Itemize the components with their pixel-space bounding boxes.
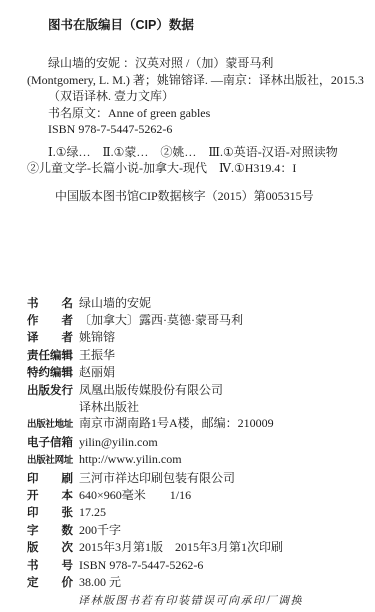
row-label: 书号: [27, 558, 73, 574]
colophon-row-address: 出版社地址 南京市湖南路1号A楼，邮编：210009: [27, 415, 365, 433]
row-label: 开本: [27, 488, 73, 504]
row-label: 责任编辑: [27, 348, 73, 364]
colophon-row-sheets: 印张 17.25: [27, 504, 365, 521]
row-label: 印刷: [27, 471, 73, 487]
row-value: 2015年3月第1版 2015年3月第1次印刷: [79, 539, 283, 555]
row-value: 绿山墙的安妮: [79, 295, 151, 311]
cip-book-description: 绿山墙的安妮 ：汉英对照 /（加）蒙哥马利 (Montgomery, L. M.…: [27, 55, 365, 138]
cip-isbn-line: ISBN 978-7-5447-5262-6: [27, 121, 365, 138]
row-label: 版次: [27, 540, 73, 556]
colophon-row-translator: 译者 姚锦镕: [27, 329, 365, 346]
cip-classification-line: Ⅰ.①绿… Ⅱ.①蒙… ②姚… Ⅲ.①英语-汉语-对照读物: [27, 144, 365, 161]
row-value: 〔加拿大〕露西·莫德·蒙哥马利: [79, 312, 243, 328]
row-label: 出版社地址: [27, 417, 73, 433]
colophon-row-editor: 责任编辑 王振华: [27, 347, 365, 364]
colophon-row-title: 书名 绿山墙的安妮: [27, 295, 365, 312]
cip-record-number: 中国版本图书馆CIP数据核字（2015）第005315号: [27, 188, 365, 204]
cip-original-title-line: 书名原文：Anne of green gables: [27, 105, 365, 122]
colophon-row-wordcount: 字数 200千字: [27, 522, 365, 539]
colophon-row-isbn: 书号 ISBN 978-7-5447-5262-6: [27, 557, 365, 574]
row-value: 南京市湖南路1号A楼，邮编：210009: [79, 415, 274, 431]
row-label: 作者: [27, 313, 73, 329]
row-label: 书名: [27, 296, 73, 312]
row-label: 译者: [27, 330, 73, 346]
row-value: http://www.yilin.com: [79, 451, 182, 467]
colophon-row-website: 出版社网址 http://www.yilin.com: [27, 451, 365, 469]
colophon-row-author: 作者 〔加拿大〕露西·莫德·蒙哥马利: [27, 312, 365, 329]
row-label: 出版社网址: [27, 453, 73, 469]
cip-classification-line: ②儿童文学-长篇小说-加拿大-现代 Ⅳ.①H319.4：I: [27, 160, 365, 177]
cip-header: 图书在版编目（CIP）数据: [27, 18, 365, 33]
copyright-page: 图书在版编目（CIP）数据 绿山墙的安妮 ：汉英对照 /（加）蒙哥马利 (Mon…: [0, 0, 375, 612]
row-value: 译林出版社: [79, 399, 139, 415]
row-label: 特约编辑: [27, 365, 73, 381]
row-value: 38.00 元: [79, 574, 121, 590]
colophon-row-printer: 印刷 三河市祥达印刷包装有限公司: [27, 470, 365, 487]
row-value: 17.25: [79, 504, 106, 520]
cip-title-line: 绿山墙的安妮 ：汉英对照 /（加）蒙哥马利: [27, 55, 365, 72]
colophon-row-format: 开本 640×960毫米 1/16: [27, 487, 365, 504]
cip-classification: Ⅰ.①绿… Ⅱ.①蒙… ②姚… Ⅲ.①英语-汉语-对照读物 ②儿童文学-长篇小说…: [27, 144, 365, 177]
row-label: 出版发行: [27, 383, 73, 399]
colophon-row-price: 定价 38.00 元: [27, 574, 365, 591]
row-value: 姚锦镕: [79, 329, 115, 345]
row-label: 印张: [27, 505, 73, 521]
colophon-row-publisher: 出版发行 凤凰出版传媒股份有限公司: [27, 382, 365, 399]
colophon-row-contributing-editor: 特约编辑 赵丽娟: [27, 364, 365, 381]
reprint-note: 译林版图书若有印装错误可向承印厂调换: [78, 594, 365, 609]
row-value: ISBN 978-7-5447-5262-6: [79, 557, 203, 573]
row-label: 定价: [27, 575, 73, 591]
row-value: 王振华: [79, 347, 115, 363]
row-value: 三河市祥达印刷包装有限公司: [79, 470, 235, 486]
colophon-row-email: 电子信箱 yilin@yilin.com: [27, 434, 365, 451]
row-value: 赵丽娟: [79, 364, 115, 380]
cip-series-line: （双语译林. 壹力文库）: [27, 88, 365, 105]
row-label: 字数: [27, 523, 73, 539]
colophon-row-edition: 版次 2015年3月第1版 2015年3月第1次印刷: [27, 539, 365, 556]
row-label: 电子信箱: [27, 435, 73, 451]
row-value: yilin@yilin.com: [79, 434, 158, 450]
colophon: 书名 绿山墙的安妮 作者 〔加拿大〕露西·莫德·蒙哥马利 译者 姚锦镕 责任编辑…: [27, 295, 365, 610]
colophon-row-publisher-2: 译林出版社: [27, 399, 365, 415]
row-value: 凤凰出版传媒股份有限公司: [79, 382, 223, 398]
row-value: 640×960毫米 1/16: [79, 487, 191, 503]
row-value: 200千字: [79, 522, 121, 538]
cip-author-line: (Montgomery, L. M.) 著；姚锦镕译. —南京：译林出版社，20…: [27, 72, 365, 89]
